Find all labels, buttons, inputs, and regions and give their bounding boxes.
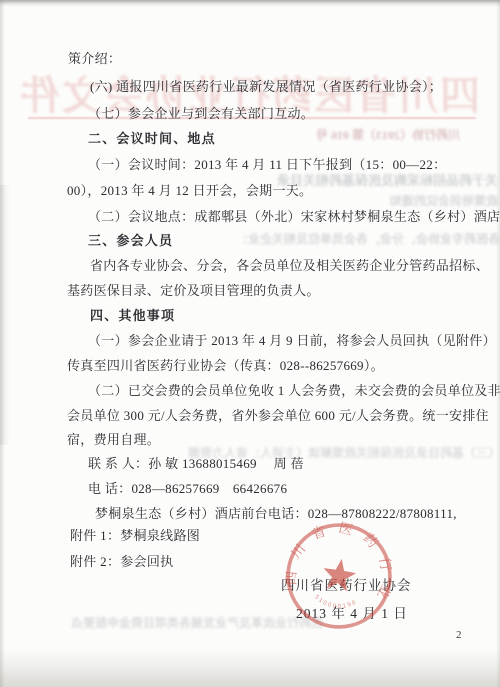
section-heading: 四、其他事项 [90, 307, 175, 325]
signature-org: 四川省医药行业协会 [281, 574, 412, 594]
signature-date: 2013 年 4 月 1 日 [296, 602, 408, 622]
svg-text:51000019068: 51000019068 [276, 512, 372, 613]
doc-line: （二）会议地点：成都郫县（外北）宋家林村梦桐泉生态（乡村）酒店。 [88, 208, 500, 226]
bleed-line-mirrored: 各医药专业协会、分会，各会员单位及相关企业： [155, 230, 500, 247]
doc-line: 00），2013 年 4 月 12 日开会，会期一天。 [67, 182, 312, 200]
scan-edge-top [0, 0, 500, 7]
contact-person-line: 联 系 人：孙 敏 13688015469 周 蓓 [88, 455, 304, 473]
svg-text:四川省医药行业协会: 四川省医药行业协会 [275, 512, 403, 612]
bleed-doc-number-mirrored: 川药行协（2013）第 016 号 [248, 126, 460, 143]
doc-line: 基药医保目录、定价及项目管理的负责人。 [67, 282, 320, 300]
doc-line: 宿，费用自理。 [67, 431, 160, 449]
doc-line: （一）会议时间：2013 年 4 月 11 日下午报到（15：00—22： [88, 156, 446, 174]
attachment-line-2: 附件 2：参会回执 [70, 553, 173, 571]
hotel-phone-line: 梦桐泉生态（乡村）酒店前台电话：028—87808222/87808111, [95, 505, 457, 523]
contact-phone-line: 电 话：028—86257669 66426676 [88, 480, 287, 498]
doc-line: 省内各专业协会、分会，各会员单位及相关医药企业分管药品招标、 [90, 257, 489, 275]
doc-line: （七）参会企业与到会有关部门互动。 [88, 105, 314, 123]
doc-line: (六) 通报四川省医药行业最新发展情况（省医药行业协会）； [90, 78, 442, 96]
bleed-line-mirrored: 政策培训会议的通知 [330, 192, 498, 209]
doc-line: 会员单位 300 元/人会务费，省外参会单位 600 元/人会务费。统一安排住 [67, 407, 489, 425]
doc-line: （二）已交会费的会员单位免收 1 人会务费，未交会费的会员单位及非 [88, 382, 500, 400]
scan-edge-right [496, 0, 500, 687]
section-heading: 二、会议时间、地点 [88, 130, 216, 148]
seal-code: 51000019068 [276, 512, 372, 613]
doc-line: （一）参会企业请于 2013 年 4 月 9 日前，将参会人员回执（见附件） [88, 332, 496, 350]
doc-line: 策介绍： [68, 50, 121, 68]
scan-shadow [0, 185, 10, 445]
doc-line: 传真至四川省医药行业协会（传真：028--86257669）。 [67, 357, 384, 375]
scanned-document-page: 四川省医药行业协会文件 川药行协（2013）第 016 号 关于药品招标采购及医… [0, 0, 500, 687]
page-number: 2 [456, 629, 462, 641]
attachment-line-1: 附件 1：梦桐泉线路图 [70, 527, 200, 545]
bleed-line-mirrored: 医药行业改革及产业发展各类项目资金申报要点 [55, 614, 323, 631]
seal-arc-text: 四川省医药行业协会 [275, 512, 403, 612]
section-heading: 三、参会人员 [88, 232, 173, 250]
scan-edge-bottom [0, 649, 500, 687]
